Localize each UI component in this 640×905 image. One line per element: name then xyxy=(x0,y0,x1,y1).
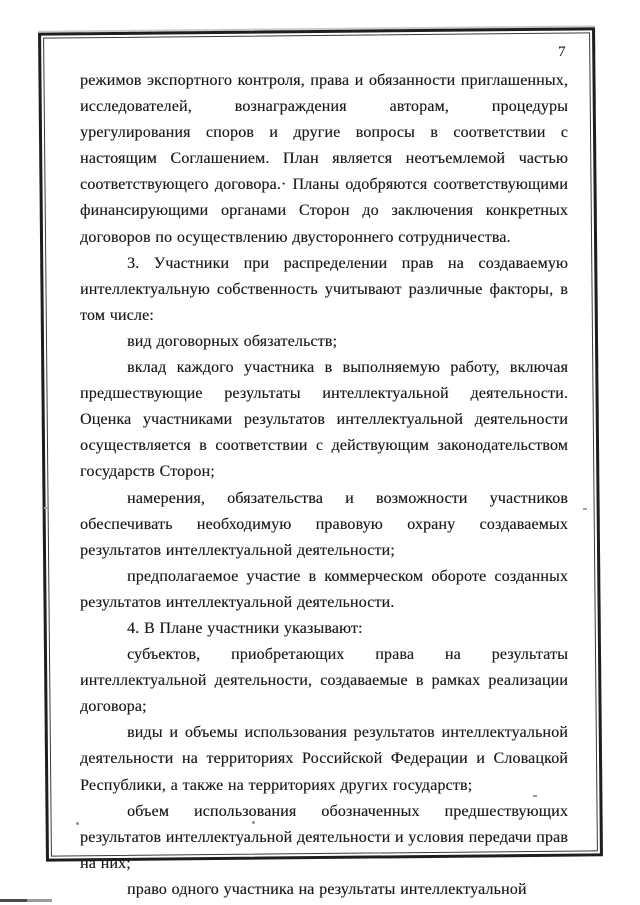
paragraph-list-usage-types: виды и объемы использования результатов … xyxy=(80,720,568,798)
paragraph-list-right-continuation: право одного участника на результаты инт… xyxy=(80,877,568,903)
scan-speck xyxy=(44,507,48,509)
paragraph-continuation: режимов экспортного контроля, права и об… xyxy=(80,68,568,251)
scan-artifact-bar xyxy=(0,899,52,902)
paragraph-list-commercial-use: предполагаемое участие в коммерческом об… xyxy=(80,564,568,616)
page-number: 7 xyxy=(558,44,566,61)
paragraph-list-subjects: субъектов, приобретающих права на резуль… xyxy=(80,642,568,720)
paragraph-list-contract-type: вид договорных обязательств; xyxy=(80,329,568,355)
paragraph-clause-4: 4. В Плане участники указывают: xyxy=(80,616,568,642)
paragraph-list-intentions: намерения, обязательства и возможности у… xyxy=(80,486,568,564)
paragraph-list-contribution: вклад каждого участника в выполняемую ра… xyxy=(80,355,568,485)
paragraph-clause-3: 3. Участники при распределении прав на с… xyxy=(80,251,568,329)
scan-speck xyxy=(533,795,537,797)
document-text: режимов экспортного контроля, права и об… xyxy=(80,68,568,903)
scan-speck xyxy=(76,822,79,825)
scan-speck xyxy=(583,508,587,510)
scan-speck xyxy=(252,821,255,824)
paragraph-list-usage-volume: объем использования обозначенных предшес… xyxy=(80,799,568,877)
